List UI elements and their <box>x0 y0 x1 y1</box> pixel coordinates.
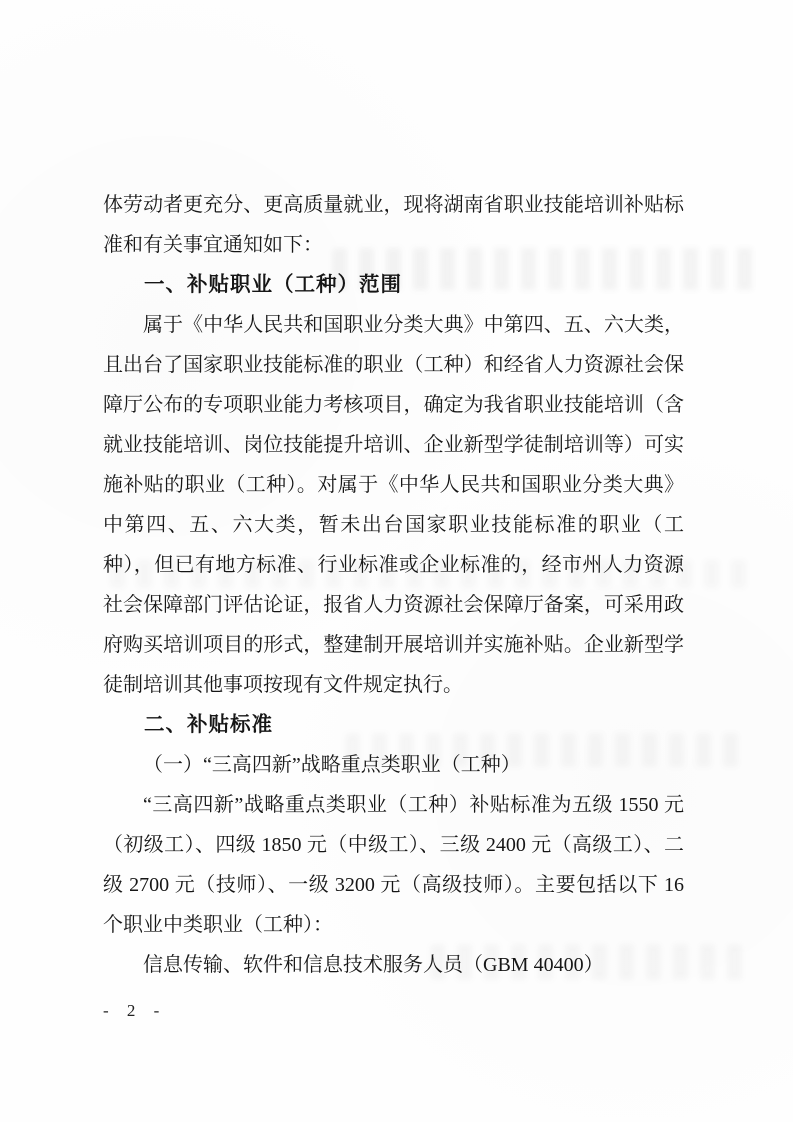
section2-standard-paragraph: “三高四新”战略重点类职业（工种）补贴标准为五级 1550 元（初级工）、四级 … <box>103 785 684 945</box>
paragraph-intro-continuation: 体劳动者更充分、更高质量就业，现将湖南省职业技能培训补贴标准和有关事宜通知如下： <box>103 185 684 265</box>
scanned-document-page: 体劳动者更充分、更高质量就业，现将湖南省职业技能培训补贴标准和有关事宜通知如下：… <box>0 0 793 1122</box>
section2-heading: 二、补贴标准 <box>103 705 684 745</box>
occupation-category-line: 信息传输、软件和信息技术服务人员（GBM 40400） <box>103 945 684 985</box>
section1-paragraph: 属于《中华人民共和国职业分类大典》中第四、五、六大类，且出台了国家职业技能标准的… <box>103 305 684 705</box>
page-number: - 2 - <box>103 993 166 1029</box>
section2-subheading: （一）“三高四新”战略重点类职业（工种） <box>103 745 684 785</box>
section1-heading: 一、补贴职业（工种）范围 <box>103 265 684 305</box>
document-body: 体劳动者更充分、更高质量就业，现将湖南省职业技能培训补贴标准和有关事宜通知如下：… <box>103 185 684 985</box>
